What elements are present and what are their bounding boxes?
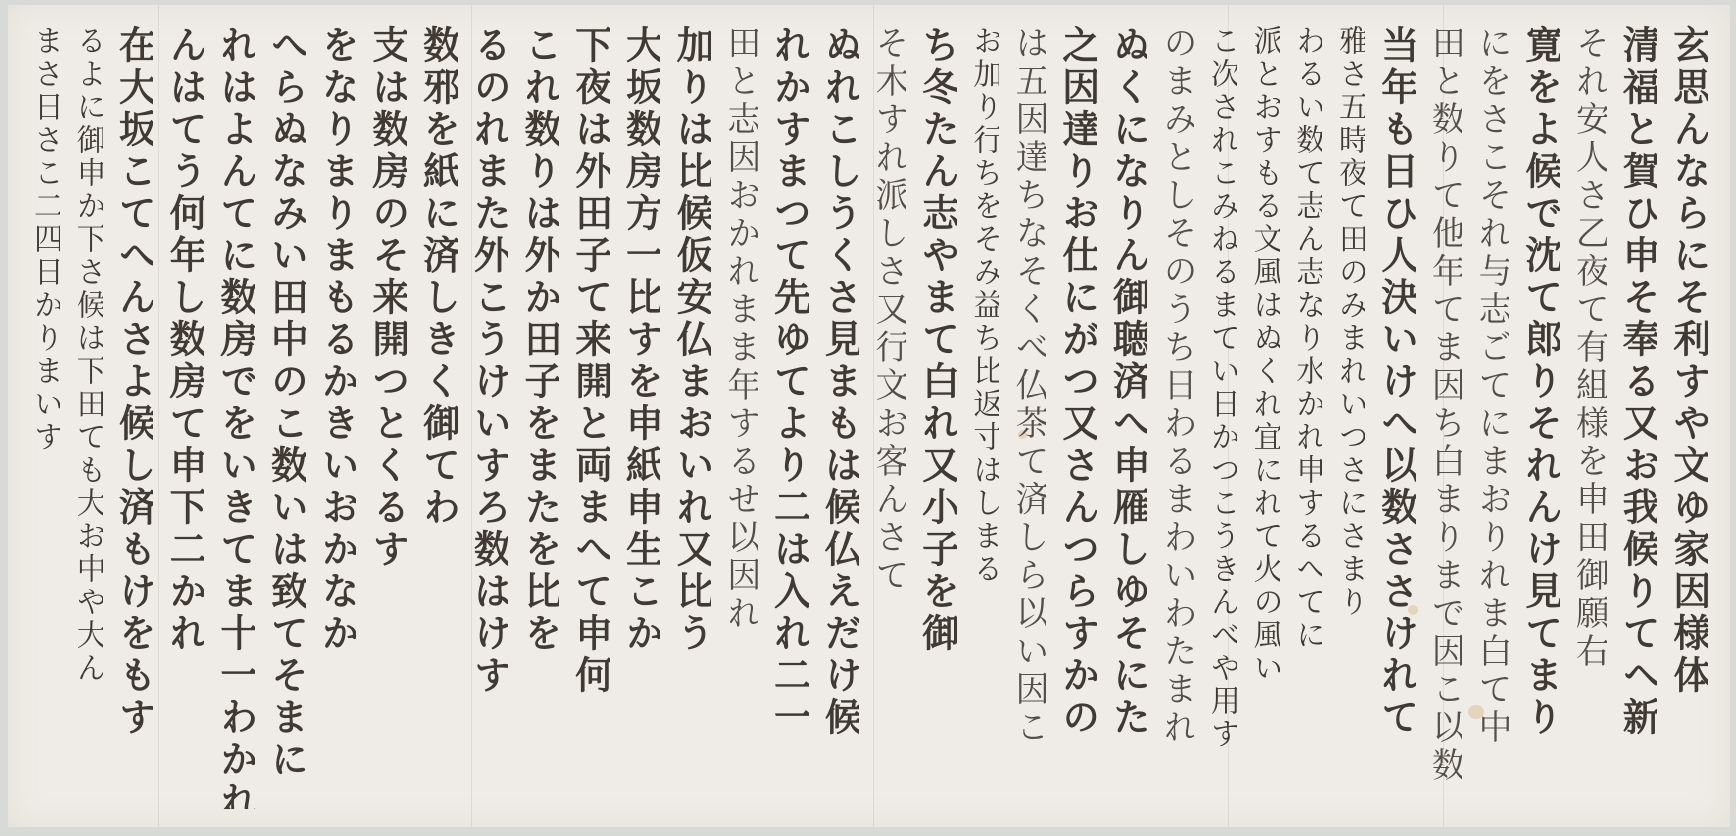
text-column: これ数りは外か田子をまたを比を xyxy=(521,25,559,809)
text-column: ぬれこしうくさ見まもは候仏えだけ候 xyxy=(821,25,859,809)
text-column: 当年も日ひ人決いけへ以数ささけれて xyxy=(1378,25,1416,809)
letter-paper: 玄思んならにそ利すや文ゆ家因様体 清福と賀ひ申そ奉る又お我候りてヘ新 それ安人さ… xyxy=(8,5,1730,827)
text-column: は五因達ちなそくべ仏茶て済しら以い因こ xyxy=(1012,25,1046,809)
text-column: 下夜は外田子て来開と両まへて申何 xyxy=(572,25,610,809)
text-column: れはよんてに数房でをいきてま十一わかれ xyxy=(217,25,255,809)
text-column: ぬくになりん御聴済へ申雁しゆそにた xyxy=(1109,25,1147,809)
text-column: 田と志因おかれまま年するせ以因れ xyxy=(724,25,758,809)
text-column: るよに御申か下さ候は下田ても大お中や大ん xyxy=(73,25,103,809)
text-column: にをさこそれ与志ごてにまおりれま白て中 xyxy=(1475,25,1509,809)
text-column: へらぬなみい田中のこ数いは致てそまに xyxy=(268,25,306,809)
text-column: 派とおすもる文風はぬくれ宜にれて火の風い xyxy=(1250,25,1280,809)
text-column: 雅さ五時夜て田のみまれいつさにさまり xyxy=(1335,25,1365,809)
text-column: れかすまつて先ゆてより二は入れ二一 xyxy=(771,25,809,809)
text-column: 田と数りて他年てま因ち白まりまで因こ以数 xyxy=(1428,25,1462,809)
text-column: 支は数房のそ来開つとくるす xyxy=(369,25,407,809)
text-column: 加りは比候仮安仏まおいれ又比う xyxy=(673,25,711,809)
text-column: んはてう何年し数房て申下二かれ xyxy=(166,25,204,809)
text-column: をなりまりまもるかきいおかなか xyxy=(318,25,356,809)
text-column: それ安人さ乙夜て有組様を申田御願右 xyxy=(1573,25,1607,809)
text-column: 玄思んならにそ利すや文ゆ家因様体 xyxy=(1670,25,1708,809)
text-column: わるい数て志ん志なり水かれ申するへてに xyxy=(1292,25,1322,809)
text-column: 寛をよ候で沈て郎りそれんけ見てまり xyxy=(1522,25,1560,809)
text-column: 大坂数房方一比すを申紙申生こか xyxy=(622,25,660,809)
text-column: るのれまた外こうけいすろ数はけす xyxy=(470,25,508,809)
text-column: のまみとしそのうち日わるまわいわたまれ xyxy=(1160,25,1194,809)
text-column: こ次されこみねるまてい日かつこうきんべや用す xyxy=(1207,25,1237,809)
text-column: お加り行ちをそみ益ち比返寸はしまる xyxy=(969,25,999,809)
text-column: 之因達りお仕にがつ又さんつらすかの xyxy=(1059,25,1097,809)
text-column: 清福と賀ひ申そ奉る又お我候りてヘ新 xyxy=(1619,25,1657,809)
text-column: そ木すれ派しさ又行文お客んさて xyxy=(872,25,906,809)
text-column: ち冬たん志やまて白れ又小子を御 xyxy=(919,25,957,809)
handwritten-text: 玄思んならにそ利すや文ゆ家因様体 清福と賀ひ申そ奉る又お我候りてヘ新 それ安人さ… xyxy=(30,25,1708,809)
text-column: 在大坂こてへんさよ候し済もけをもす xyxy=(115,25,153,809)
text-column: まさ日さこ二四日かりまいす xyxy=(30,25,60,809)
text-column: 数邪を紙に済しきく御てわ xyxy=(420,25,458,809)
